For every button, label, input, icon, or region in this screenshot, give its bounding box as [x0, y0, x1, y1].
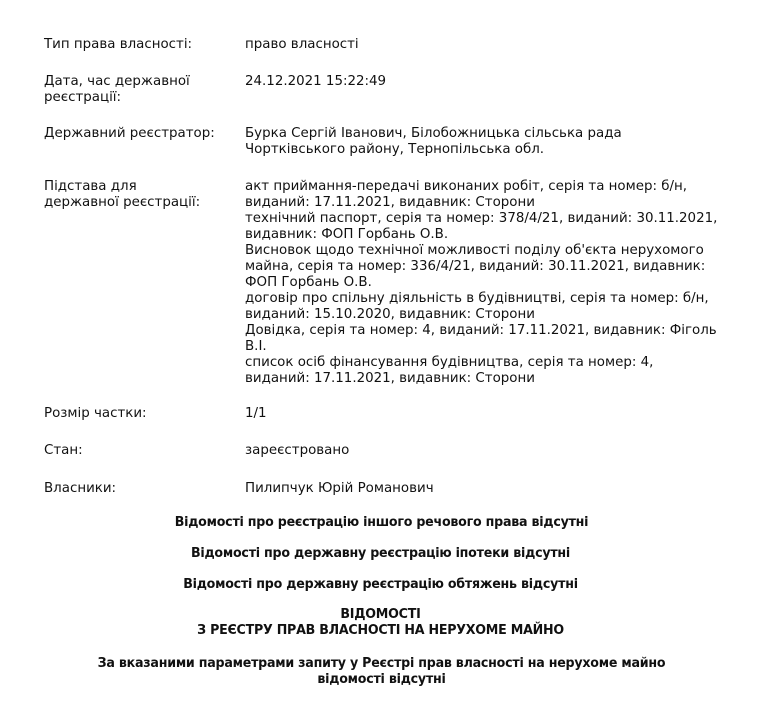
field-label: Дата, час державної реєстрації:: [44, 74, 234, 106]
section-message-line: відомості відсутні: [25, 671, 738, 687]
notice-other-property-right: Відомості про реєстрацію іншого речового…: [25, 514, 738, 530]
value-line: Бурка Сергій Іванович, Білобожницька сіл…: [245, 126, 725, 142]
basis-list: акт приймання-передачі виконаних робіт, …: [245, 179, 725, 387]
basis-item: акт приймання-передачі виконаних робіт, …: [245, 179, 725, 211]
basis-line: майна, серія та номер: 336/4/21, виданий…: [245, 259, 725, 275]
field-value: 1/1: [245, 406, 725, 422]
field-label: Стан:: [44, 443, 234, 459]
field-label: Тип права власності:: [44, 37, 234, 53]
section-message-line: За вказаними параметрами запиту у Реєстр…: [25, 655, 738, 671]
basis-item: Довідка, серія та номер: 4, виданий: 17.…: [245, 323, 725, 355]
basis-line: акт приймання-передачі виконаних робіт, …: [245, 179, 725, 195]
field-value: право власності: [245, 37, 725, 53]
field-value: Бурка Сергій Іванович, Білобожницька сіл…: [245, 126, 725, 158]
notice-mortgage: Відомості про державну реєстрацію іпотек…: [24, 545, 737, 561]
field-value: Пилипчук Юрій Романович: [245, 481, 725, 497]
basis-line: Довідка, серія та номер: 4, виданий: 17.…: [245, 323, 725, 339]
field-label: Підстава для державної реєстрації:: [44, 179, 234, 211]
basis-line: виданий: 17.11.2021, видавник: Сторони: [245, 371, 725, 387]
label-line: Дата, час державної: [44, 74, 234, 90]
value-line: Чортківського району, Тернопільська обл.: [245, 142, 725, 158]
basis-line: виданий: 15.10.2020, видавник: Сторони: [245, 307, 725, 323]
field-value: 24.12.2021 15:22:49: [245, 74, 725, 90]
field-label: Власники:: [44, 481, 234, 497]
basis-item: список осіб фінансування будівництва, се…: [245, 355, 725, 387]
section-title-line: ВІДОМОСТІ: [24, 606, 737, 622]
basis-line: видавник: ФОП Горбань О.В.: [245, 227, 725, 243]
basis-line: ФОП Горбань О.В.: [245, 275, 725, 291]
label-line: Підстава для: [44, 179, 234, 195]
basis-line: Висновок щодо технічної можливості поділ…: [245, 243, 725, 259]
basis-item: договір про спільну діяльність в будівни…: [245, 291, 725, 323]
field-label: Державний реєстратор:: [44, 126, 234, 142]
label-line: державної реєстрації:: [44, 195, 234, 211]
basis-item: Висновок щодо технічної можливості поділ…: [245, 243, 725, 291]
section-title-line: З РЕЄСТРУ ПРАВ ВЛАСНОСТІ НА НЕРУХОМЕ МАЙ…: [24, 622, 737, 638]
field-value: зареєстровано: [245, 443, 725, 459]
notice-encumbrances: Відомості про державну реєстрацію обтяже…: [24, 576, 737, 592]
label-line: реєстрації:: [44, 90, 234, 106]
basis-line: виданий: 17.11.2021, видавник: Сторони: [245, 195, 725, 211]
section-message: За вказаними параметрами запиту у Реєстр…: [25, 655, 738, 687]
basis-item: технічний паспорт, серія та номер: 378/4…: [245, 211, 725, 243]
basis-line: технічний паспорт, серія та номер: 378/4…: [245, 211, 725, 227]
basis-line: список осіб фінансування будівництва, се…: [245, 355, 725, 371]
basis-line: В.І.: [245, 339, 725, 355]
field-label: Розмір частки:: [44, 406, 234, 422]
section-title: ВІДОМОСТІ З РЕЄСТРУ ПРАВ ВЛАСНОСТІ НА НЕ…: [24, 606, 737, 638]
basis-line: договір про спільну діяльність в будівни…: [245, 291, 725, 307]
